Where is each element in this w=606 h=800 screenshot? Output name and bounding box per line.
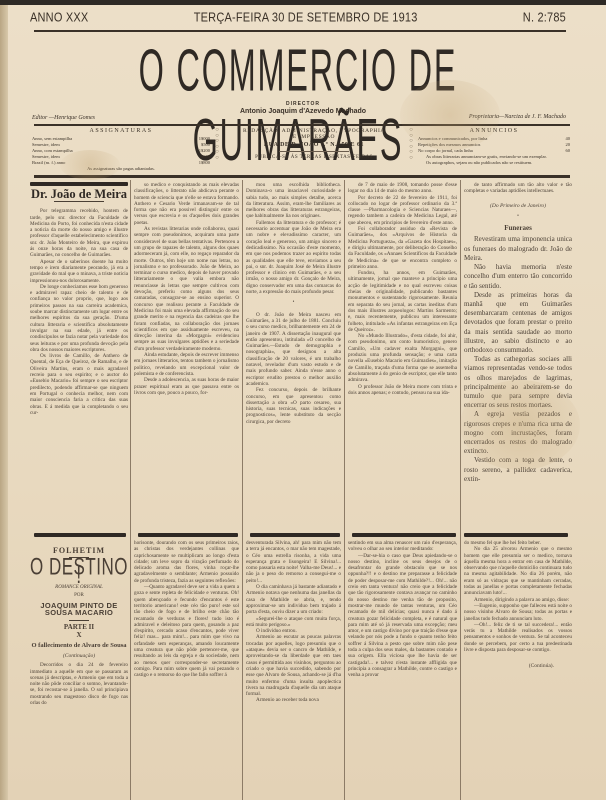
publication-schedule: PUBLICA-SE ÁS TERÇAS E SEXTAS-FEIRAS (224, 155, 404, 161)
paragraph: —Quanto agradavel deve ser a vida a quem… (134, 584, 239, 678)
paragraph: Fundou, ha annos, em Guimarães, ultimame… (348, 270, 457, 333)
serial-author: JOAQUIM PINTO DE SOUSA MACARIO (30, 603, 128, 616)
folhetim-bar (250, 533, 340, 537)
subscriptions-heading: ASSIGNATURAS (32, 128, 210, 134)
serial-title: O DESTINO ! (30, 564, 128, 582)
paragraph: Decorridos o dia 24 de fevereiro immedia… (30, 662, 128, 706)
paragraph: No «Mundo Illustrado», d'esta cidade, fo… (348, 333, 457, 383)
title-rule (54, 201, 104, 202)
paragraph: Desde a adolescencia, as suas horas de m… (134, 377, 239, 396)
subscriptions-note: As assignaturas são pagas adiantadas. (32, 166, 210, 172)
subscriptions-box: ASSIGNATURAS Anno, sem estampilha1$000 S… (32, 128, 214, 174)
folhetim-column-3: desventurada Silvina, ah! para mim não t… (246, 540, 341, 766)
article-source: (Do Primeiro de Janeiro) (464, 203, 572, 209)
paragraph: «Segurei-lhe o ataque com muita força, e… (246, 616, 341, 629)
paragraph: Armenio ao receber toda nova (246, 697, 341, 703)
masthead-rule-bottom (34, 124, 570, 126)
column-divider (460, 180, 461, 800)
folhetim-column-4: sentindo em sua alma renascer um raio d'… (348, 540, 457, 760)
folhetim-column-2: horisonte, dourando com os seus primeiro… (134, 540, 239, 760)
paragraph: horisonte, dourando com os seus primeiro… (134, 540, 239, 584)
masthead-dateline: ANNO XXX TERÇA-FEIRA 30 DE SETEMBRO DE 1… (30, 9, 566, 27)
paragraph: —Oh!... feliz de ti se tal succedera!...… (464, 622, 572, 653)
director-label: DIRECTOR (0, 101, 606, 107)
year-label: ANNO XXX (30, 11, 88, 25)
folhetim-bar (464, 533, 568, 537)
paragraph: Revestiram uma imponencia unica os funer… (464, 235, 572, 263)
ornament-rule (69, 620, 89, 621)
funeral-text: Revestiram uma imponencia unica os funer… (464, 235, 572, 483)
article-column-3: mou uma escolhida bibliotheca. Dominava-… (246, 182, 341, 512)
folhetim-bar (34, 533, 126, 537)
paragraph: De longe conheciamos esse bom generoso e… (30, 284, 128, 353)
folhetim-bar (352, 533, 456, 537)
paragraph: de 7 de maio de 1908, tomando posse d'es… (348, 182, 457, 195)
office-address: RUA DE D. JOÃO I.º N.º 59 E 61 (224, 142, 404, 148)
paragraph: sentindo em sua alma renascer um raio d'… (348, 540, 457, 553)
ads-heading: ANNUNCIOS (418, 128, 570, 134)
serial-by: POR (30, 593, 128, 599)
folhetim-column-5: do mesmo fel que lhe hei feito beber. No… (464, 540, 572, 765)
paragraph: de tanto affirmado um tão alto valor e t… (464, 182, 572, 195)
serial-chapter: X (30, 632, 128, 638)
paragraph: No dia 25 alvorou Armenio que o mesmo ho… (464, 546, 572, 596)
paragraph: O dr. João de Meira nasceu em Guimarães,… (246, 312, 341, 388)
office-box: REDACÇÃO, ADMINISTRAÇÃO, TYPOGRAPHIA E I… (220, 128, 408, 174)
owner-label: Proprietaria—Narciza de J. F. Machado (469, 114, 566, 120)
serial-part: PARTE II (30, 624, 128, 630)
article-column-1: Dr. João de Meira Por telegramma recebid… (30, 182, 128, 512)
article-title: Dr. João de Meira (30, 191, 128, 197)
paragraph: desventurada Silvina, ah! para mim não t… (246, 540, 341, 584)
paragraph: Por telegramma recebido, hontem de tarde… (30, 208, 128, 258)
office-rule (279, 151, 349, 152)
section-star: • (246, 300, 341, 306)
ads-box: ANNUNCIOS Annuncios e communicados, por … (414, 128, 570, 174)
paragraph: Apesar de o saberinos doente ha muito te… (30, 259, 128, 284)
continuation-label: (Continuação) (30, 653, 128, 659)
column-divider (242, 180, 243, 800)
column-divider (130, 180, 131, 800)
paragraph: —Dar-se-hia o caso que Deus apiedando-se… (348, 553, 457, 679)
page-binding-edge (0, 0, 8, 800)
paragraph: Armenio ao escutar as poucas palavras tr… (246, 634, 341, 697)
paragraph: O dia caminhava já bastante adiantado e … (246, 584, 341, 615)
chapter-title: O fallecimento de Alvaro de Sousa (30, 643, 128, 649)
paragraph: so medico e conquistando as mais elevada… (134, 182, 239, 226)
article-column-2: so medico e conquistando as mais elevada… (134, 182, 239, 512)
section-star: • (464, 214, 572, 220)
paragraph: Não havia memoria n'este concelho d'um e… (464, 263, 572, 291)
paragraph: Todas as cathegorias sociaes alli viamos… (464, 355, 572, 410)
paragraph: Foi collaborador assiduo da «Revista de … (348, 226, 457, 270)
issue-number: N. 2:785 (523, 11, 566, 25)
ads-note-2: Os autographos, sejam ou não publicados … (418, 160, 570, 166)
paragraph: Os livros de Camillo, de Anthero de Quen… (30, 353, 128, 416)
masthead-rule-top (34, 30, 566, 32)
article-top-bar (30, 182, 128, 186)
paragraph: mou uma escolhida bibliotheca. Dominava-… (246, 182, 341, 220)
article-column-4: de 7 de maio de 1908, tomando posse d'es… (348, 182, 457, 512)
funeral-title: Funeraes (464, 225, 572, 231)
paragraph: Fallemos da litteratura e do professor; … (246, 220, 341, 296)
folhetim-bar (138, 533, 238, 537)
paragraph: —Eugenio, supponho que falleceu está noi… (464, 603, 572, 622)
paragraph: Fez concurso, depois de brilhante concur… (246, 387, 341, 425)
column-divider (344, 180, 345, 800)
paragraph: A egreja vestia pezados e rigorosos crep… (464, 410, 572, 456)
paragraph: As revistas litterarias onde collaborou,… (134, 226, 239, 352)
date-label: TERÇA-FEIRA 30 DE SETEMBRO DE 1913 (194, 11, 418, 25)
paragraph: Desde as primeiras horas da manhã que em… (464, 291, 572, 355)
info-banner: ASSIGNATURAS Anno, sem estampilha1$000 S… (32, 128, 570, 174)
paragraph: Ainda estudante, depois de escrever imme… (134, 352, 239, 377)
paragraph: Vestido com a toga de lente, o rosto ser… (464, 456, 572, 484)
banner-rule (34, 175, 570, 178)
editor-label: Editor —Henrique Gomes (32, 115, 95, 121)
top-border (0, 0, 606, 5)
continua-label: (Continúa). (464, 663, 572, 669)
paragraph: Por decreto de 22 de fevereiro de 1911, … (348, 195, 457, 226)
article-column-5: de tanto affirmado um tão alto valor e t… (464, 182, 572, 522)
folhetim-column-1: FOLHETIM O DESTINO ! ROMANCE ORIGINAL PO… (30, 540, 128, 765)
office-line-2: E IMPRESSÃO (224, 134, 404, 140)
newspaper-page: ANNO XXX TERÇA-FEIRA 30 DE SETEMBRO DE 1… (0, 0, 606, 800)
paragraph: O professor João de Meira morre com trin… (348, 384, 457, 397)
